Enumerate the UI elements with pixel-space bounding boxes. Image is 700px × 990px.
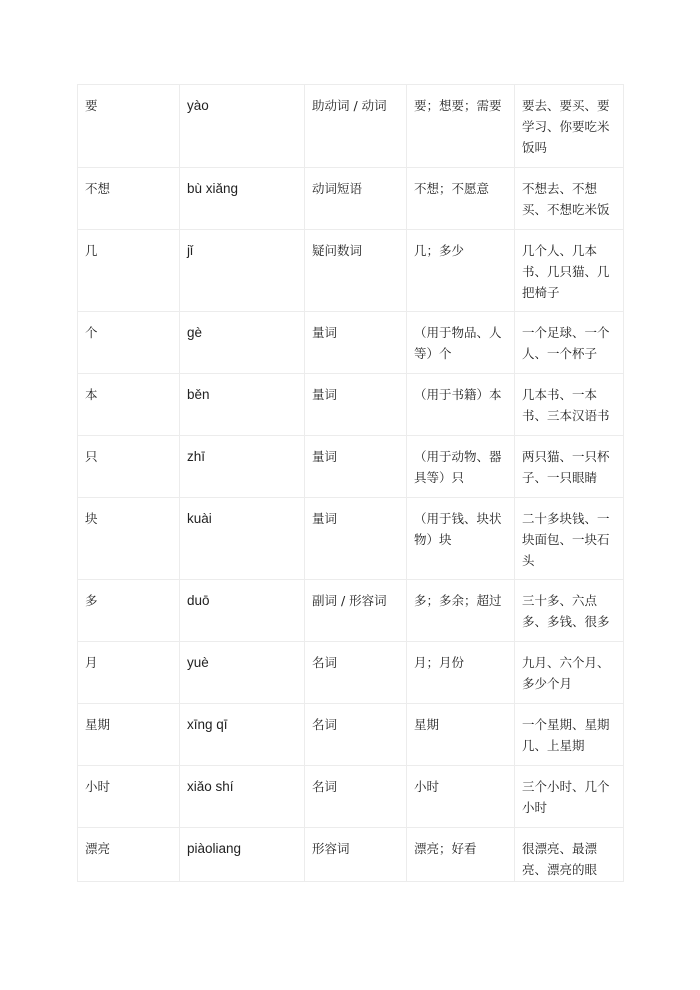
table-row: 漂亮 piàoliang 形容词 漂亮；好看 很漂亮、最漂亮、漂亮的眼 (78, 828, 624, 882)
table-row: 块 kuài 量词 （用于钱、块状物）块 二十多块钱、一块面包、一块石头 (78, 498, 624, 580)
meaning-cell: 不想；不愿意 (407, 168, 515, 230)
meaning-cell: 星期 (407, 704, 515, 766)
part-of-speech-cell: 量词 (305, 374, 407, 436)
examples-cell: 几本书、一本书、三本汉语书 (515, 374, 624, 436)
part-of-speech-cell: 名词 (305, 704, 407, 766)
word-cell: 个 (78, 312, 180, 374)
word-cell: 月 (78, 642, 180, 704)
part-of-speech-cell: 形容词 (305, 828, 407, 882)
table-row: 个 gè 量词 （用于物品、人等）个 一个足球、一个人、一个杯子 (78, 312, 624, 374)
meaning-cell: （用于物品、人等）个 (407, 312, 515, 374)
examples-cell: 要去、要买、要学习、你要吃米饭吗 (515, 85, 624, 168)
word-cell: 要 (78, 85, 180, 168)
table-row: 本 běn 量词 （用于书籍）本 几本书、一本书、三本汉语书 (78, 374, 624, 436)
pinyin-cell: piàoliang (180, 828, 305, 882)
part-of-speech-cell: 名词 (305, 766, 407, 828)
vocabulary-table: 要 yào 助动词 / 动词 要；想要；需要 要去、要买、要学习、你要吃米饭吗 … (77, 84, 624, 882)
examples-cell: 一个星期、星期几、上星期 (515, 704, 624, 766)
meaning-cell: 要；想要；需要 (407, 85, 515, 168)
meaning-cell: （用于书籍）本 (407, 374, 515, 436)
table-row: 多 duō 副词 / 形容词 多；多余；超过 三十多、六点多、多钱、很多 (78, 580, 624, 642)
part-of-speech-cell: 动词短语 (305, 168, 407, 230)
examples-cell: 两只猫、一只杯子、一只眼睛 (515, 436, 624, 498)
table-row: 星期 xīng qī 名词 星期 一个星期、星期几、上星期 (78, 704, 624, 766)
pinyin-cell: yuè (180, 642, 305, 704)
word-cell: 本 (78, 374, 180, 436)
examples-cell: 不想去、不想买、不想吃米饭 (515, 168, 624, 230)
meaning-cell: 月；月份 (407, 642, 515, 704)
examples-cell: 九月、六个月、多少个月 (515, 642, 624, 704)
meaning-cell: （用于动物、器具等）只 (407, 436, 515, 498)
table-row: 月 yuè 名词 月；月份 九月、六个月、多少个月 (78, 642, 624, 704)
pinyin-cell: bù xiǎng (180, 168, 305, 230)
part-of-speech-cell: 助动词 / 动词 (305, 85, 407, 168)
pinyin-cell: běn (180, 374, 305, 436)
part-of-speech-cell: 副词 / 形容词 (305, 580, 407, 642)
meaning-cell: （用于钱、块状物）块 (407, 498, 515, 580)
pinyin-cell: xiǎo shí (180, 766, 305, 828)
word-cell: 多 (78, 580, 180, 642)
pinyin-cell: kuài (180, 498, 305, 580)
word-cell: 几 (78, 230, 180, 312)
examples-cell: 三个小时、几个小时 (515, 766, 624, 828)
table-row: 不想 bù xiǎng 动词短语 不想；不愿意 不想去、不想买、不想吃米饭 (78, 168, 624, 230)
word-cell: 不想 (78, 168, 180, 230)
meaning-cell: 漂亮；好看 (407, 828, 515, 882)
pinyin-cell: zhī (180, 436, 305, 498)
part-of-speech-cell: 量词 (305, 498, 407, 580)
pinyin-cell: duō (180, 580, 305, 642)
pinyin-cell: jǐ (180, 230, 305, 312)
examples-cell: 一个足球、一个人、一个杯子 (515, 312, 624, 374)
word-cell: 块 (78, 498, 180, 580)
meaning-cell: 几；多少 (407, 230, 515, 312)
examples-cell: 三十多、六点多、多钱、很多 (515, 580, 624, 642)
table-row: 小时 xiǎo shí 名词 小时 三个小时、几个小时 (78, 766, 624, 828)
examples-cell: 很漂亮、最漂亮、漂亮的眼 (515, 828, 624, 882)
table-row: 几 jǐ 疑问数词 几；多少 几个人、几本书、几只猫、几把椅子 (78, 230, 624, 312)
meaning-cell: 小时 (407, 766, 515, 828)
pinyin-cell: yào (180, 85, 305, 168)
pinyin-cell: xīng qī (180, 704, 305, 766)
part-of-speech-cell: 名词 (305, 642, 407, 704)
examples-cell: 几个人、几本书、几只猫、几把椅子 (515, 230, 624, 312)
examples-cell: 二十多块钱、一块面包、一块石头 (515, 498, 624, 580)
part-of-speech-cell: 疑问数词 (305, 230, 407, 312)
table-row: 只 zhī 量词 （用于动物、器具等）只 两只猫、一只杯子、一只眼睛 (78, 436, 624, 498)
meaning-cell: 多；多余；超过 (407, 580, 515, 642)
word-cell: 星期 (78, 704, 180, 766)
pinyin-cell: gè (180, 312, 305, 374)
word-cell: 只 (78, 436, 180, 498)
part-of-speech-cell: 量词 (305, 312, 407, 374)
word-cell: 小时 (78, 766, 180, 828)
part-of-speech-cell: 量词 (305, 436, 407, 498)
table-row: 要 yào 助动词 / 动词 要；想要；需要 要去、要买、要学习、你要吃米饭吗 (78, 85, 624, 168)
word-cell: 漂亮 (78, 828, 180, 882)
